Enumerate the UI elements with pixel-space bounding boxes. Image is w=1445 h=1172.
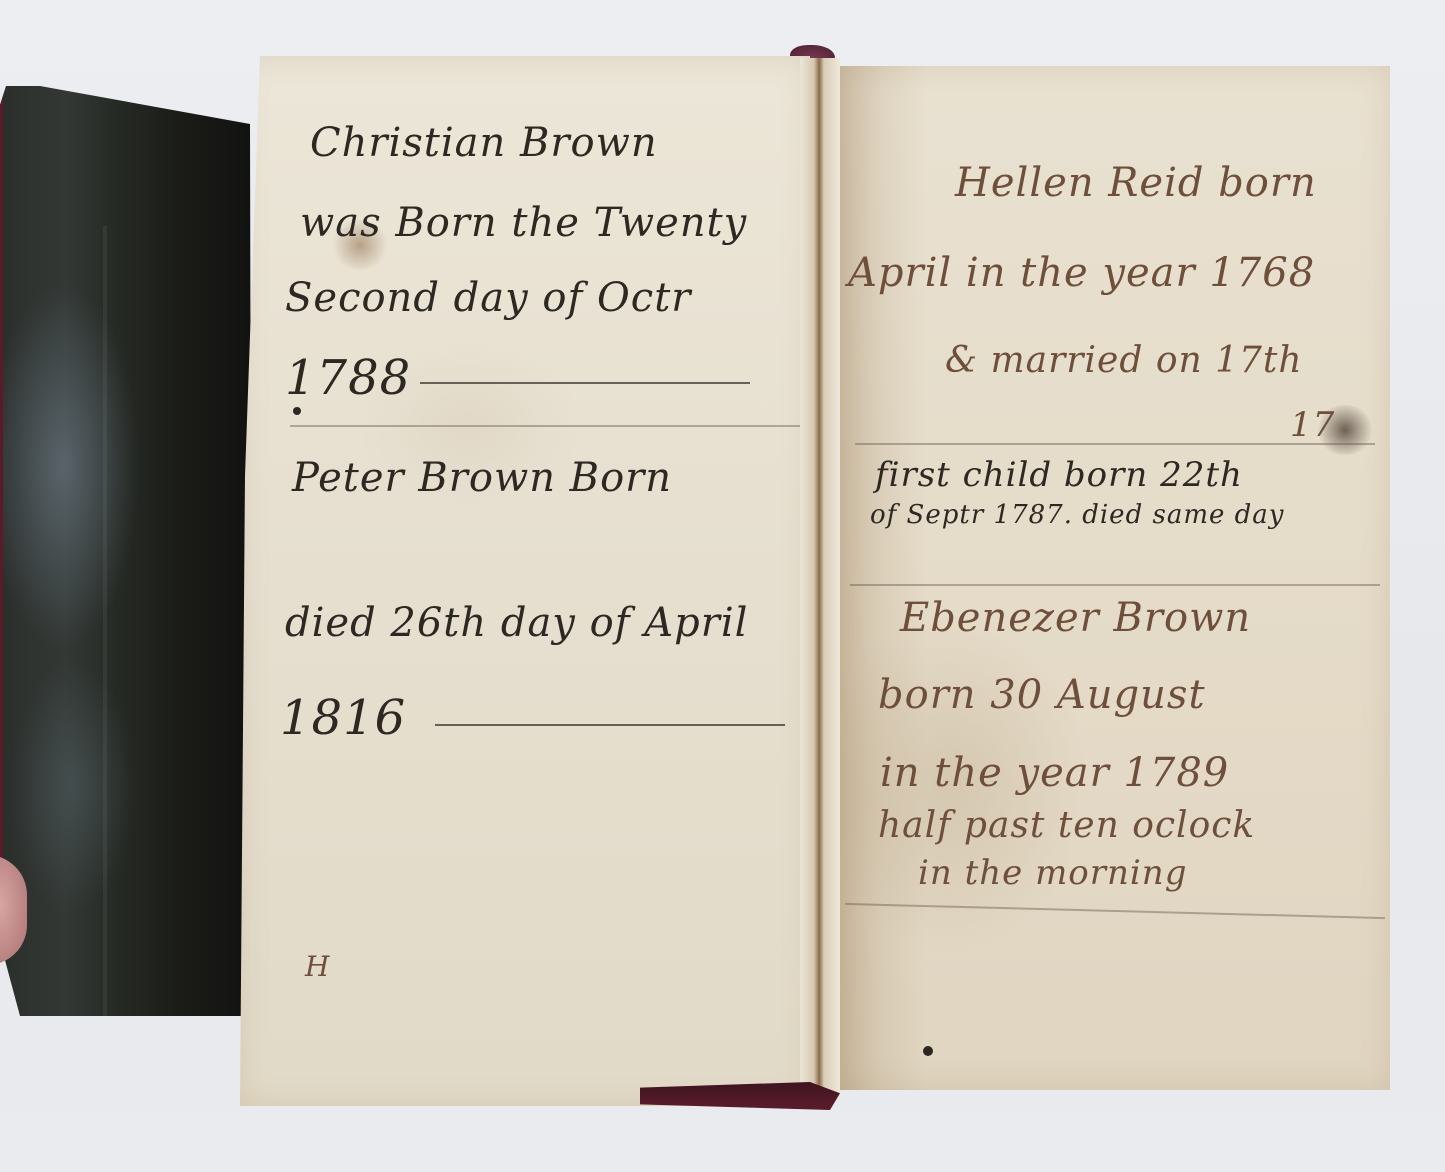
entry-ebenezer-line3: in the year 1789 [880, 750, 1229, 796]
entry-ebenezer-line1: Ebenezer Brown [900, 595, 1251, 641]
entry-hellen-marriage-year: 17 [1290, 405, 1335, 445]
ruled-line [855, 443, 1375, 445]
book-cover-inside [0, 86, 255, 1016]
entry-first-child-line1: first child born 22th [875, 455, 1243, 495]
paper-hole [293, 407, 301, 415]
page-mark: H [305, 950, 330, 983]
paper-hole [923, 1046, 933, 1056]
entry-hellen-line1: Hellen Reid born [955, 160, 1317, 206]
ruled-line [420, 382, 750, 384]
book-gutter [800, 58, 840, 1098]
ruled-line [435, 724, 785, 726]
entry-peter-year: 1816 [280, 690, 406, 746]
entry-peter-line1: Peter Brown Born [292, 455, 672, 501]
right-page [838, 66, 1390, 1090]
ruled-line [850, 584, 1380, 586]
cover-fold [103, 226, 107, 1086]
entry-ebenezer-line4: half past ten oclock [878, 805, 1255, 846]
entry-hellen-line3: & married on 17th [945, 340, 1303, 381]
entry-christian-line2: was Born the Twenty [300, 200, 747, 246]
entry-christian-year: 1788 [285, 350, 411, 406]
ruled-line [290, 425, 800, 427]
entry-ebenezer-line2: born 30 August [878, 672, 1206, 718]
entry-peter-line2: died 26th day of April [285, 600, 748, 646]
entry-hellen-line2: April in the year 1768 [848, 250, 1315, 296]
entry-ebenezer-line5: in the morning [918, 853, 1187, 893]
entry-first-child-line2: of Septr 1787. died same day [870, 500, 1284, 530]
entry-christian-line1: Christian Brown [310, 120, 658, 166]
entry-christian-line3: Second day of Octr [285, 275, 691, 321]
